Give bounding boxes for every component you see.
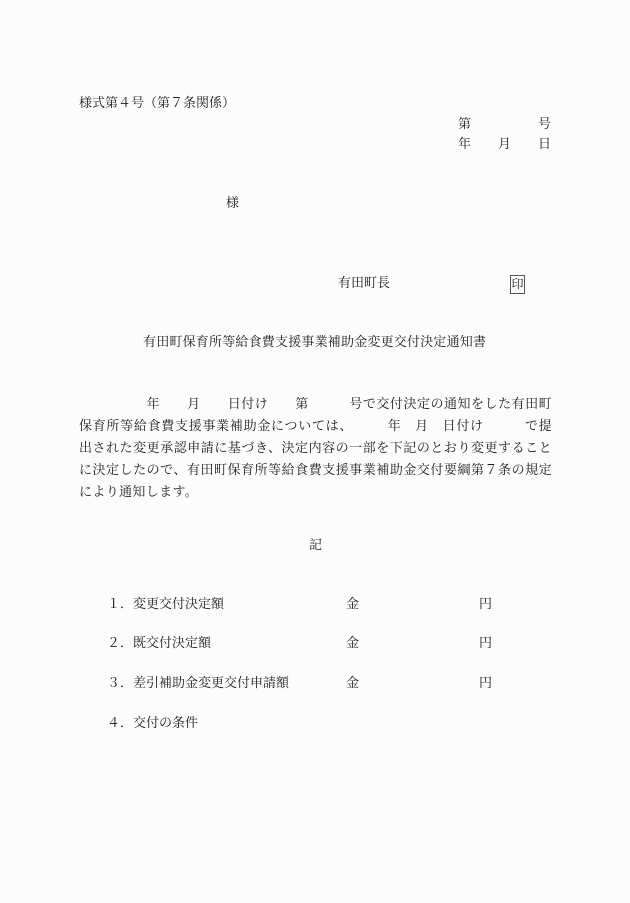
item-label: 変更交付決定額 bbox=[133, 597, 224, 613]
body-line-5: により通知します。 bbox=[79, 485, 552, 501]
item-number: ３． bbox=[107, 676, 133, 692]
amount-suffix: 円 bbox=[479, 636, 492, 652]
body-line-3: 出された変更承認申請に基づき、決定内容の一部を下記のとおり変更すること bbox=[79, 441, 552, 457]
addressee-suffix: 様 bbox=[226, 196, 239, 212]
amount-suffix: 円 bbox=[479, 597, 492, 613]
ki-heading: 記 bbox=[309, 538, 322, 554]
date-year: 年 bbox=[458, 137, 471, 153]
amount-suffix: 円 bbox=[479, 676, 492, 692]
item-label: 差引補助金変更交付申請額 bbox=[133, 676, 289, 692]
amount-prefix: 金 bbox=[346, 636, 359, 652]
page-title: 有田町保育所等給食費支援事業補助金変更交付決定通知書 bbox=[143, 335, 486, 351]
seal-box: 印 bbox=[510, 275, 525, 294]
item-number: ４． bbox=[107, 716, 133, 732]
item-number: １． bbox=[107, 597, 133, 613]
date-month: 月 bbox=[498, 137, 511, 153]
doc-number-suffix: 号 bbox=[538, 117, 551, 133]
body-line-2: 保育所等給食費支援事業補助金については、 年 月 日付け で提 bbox=[79, 419, 552, 435]
item-label: 既交付決定額 bbox=[133, 636, 211, 652]
amount-prefix: 金 bbox=[346, 597, 359, 613]
amount-prefix: 金 bbox=[346, 676, 359, 692]
body-line-1: 年 月 日付け 第 号で交付決定の通知をした有田町 bbox=[79, 397, 552, 413]
doc-number-prefix: 第 bbox=[458, 117, 471, 133]
issuer-name: 有田町長 bbox=[338, 276, 390, 292]
body-line-4: に決定したので、有田町保育所等給食費支援事業補助金交付要綱第７条の規定 bbox=[79, 463, 552, 479]
item-label: 交付の条件 bbox=[133, 716, 198, 732]
date-day: 日 bbox=[538, 137, 551, 153]
form-number: 様式第４号（第７条関係） bbox=[79, 96, 235, 112]
item-number: ２． bbox=[107, 636, 133, 652]
